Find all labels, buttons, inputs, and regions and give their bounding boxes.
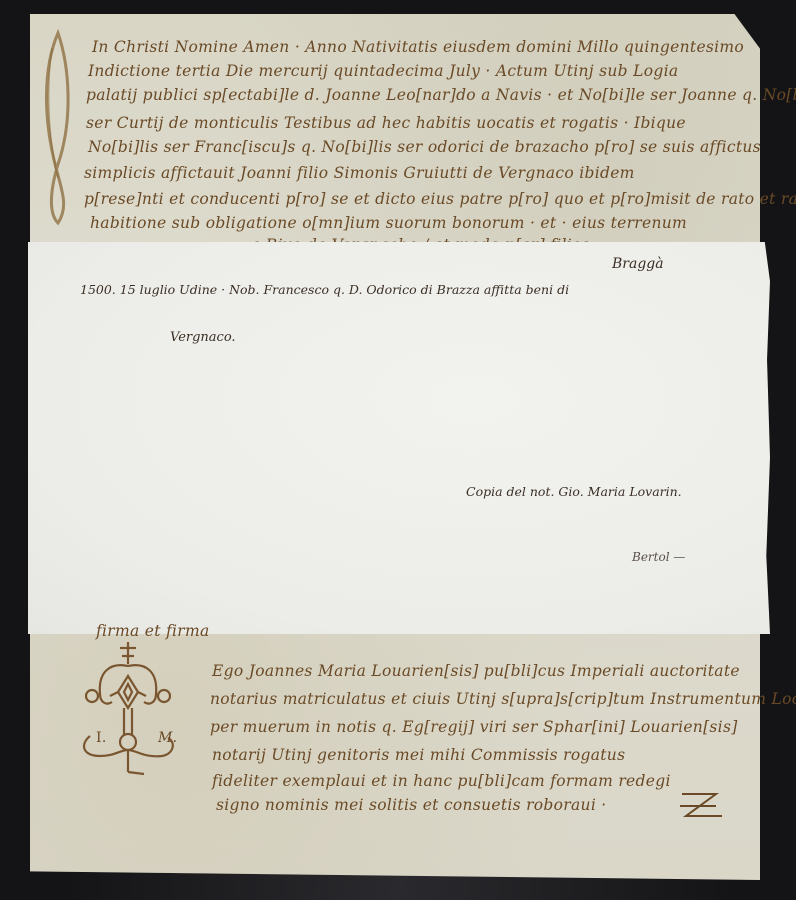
notary-signum-icon	[70, 632, 190, 782]
notary-initial-i: I.	[96, 730, 107, 746]
subscription-line: fideliter exemplaui et in hanc pu[bli]ca…	[212, 772, 671, 790]
manuscript-line: ser Curtij de monticulis Testibus ad hec…	[86, 114, 686, 132]
manuscript-line: Indictione tertia Die mercurij quintadec…	[88, 62, 678, 80]
manuscript-line: No[bi]lis ser Franc[iscu]s q. No[bi]lis …	[88, 138, 761, 156]
notary-closing-flourish-icon	[676, 788, 726, 824]
subscription-line: per muerum in notis q. Eg[regij] viri se…	[210, 718, 738, 736]
subscription-line: Ego Joannes Maria Louarien[sis] pu[bli]c…	[212, 662, 740, 680]
archival-paper-slip	[28, 242, 770, 634]
manuscript-line: p[rese]nti et conducenti p[ro] se et dic…	[84, 190, 796, 208]
slip-summary-line: 1500. 15 luglio Udine · Nob. Francesco q…	[80, 282, 569, 297]
manuscript-line: palatij publici sp[ectabi]le d. Joanne L…	[86, 86, 796, 104]
margin-flourish-icon	[38, 28, 78, 228]
subscription-line: signo nominis mei solitis et consuetis r…	[216, 796, 607, 814]
manuscript-line: simplicis affictauit Joanni filio Simoni…	[84, 164, 635, 182]
slip-summary-line-2: Vergnaco.	[170, 330, 236, 345]
slip-copy-note: Copia del not. Gio. Maria Lovarin.	[466, 484, 682, 499]
slip-signature: Bertol —	[632, 550, 685, 564]
subscription-line: notarij Utinj genitoris mei mihi Commiss…	[212, 746, 625, 764]
notary-initial-m: M.	[158, 730, 177, 746]
manuscript-line: In Christi Nomine Amen · Anno Nativitati…	[92, 38, 744, 56]
manuscript-line: habitione sub obligatione o[mn]ium suoru…	[90, 214, 687, 232]
slip-corner-note: Braggà	[612, 256, 664, 272]
subscription-line: notarius matriculatus et ciuis Utinj s[u…	[210, 690, 796, 708]
